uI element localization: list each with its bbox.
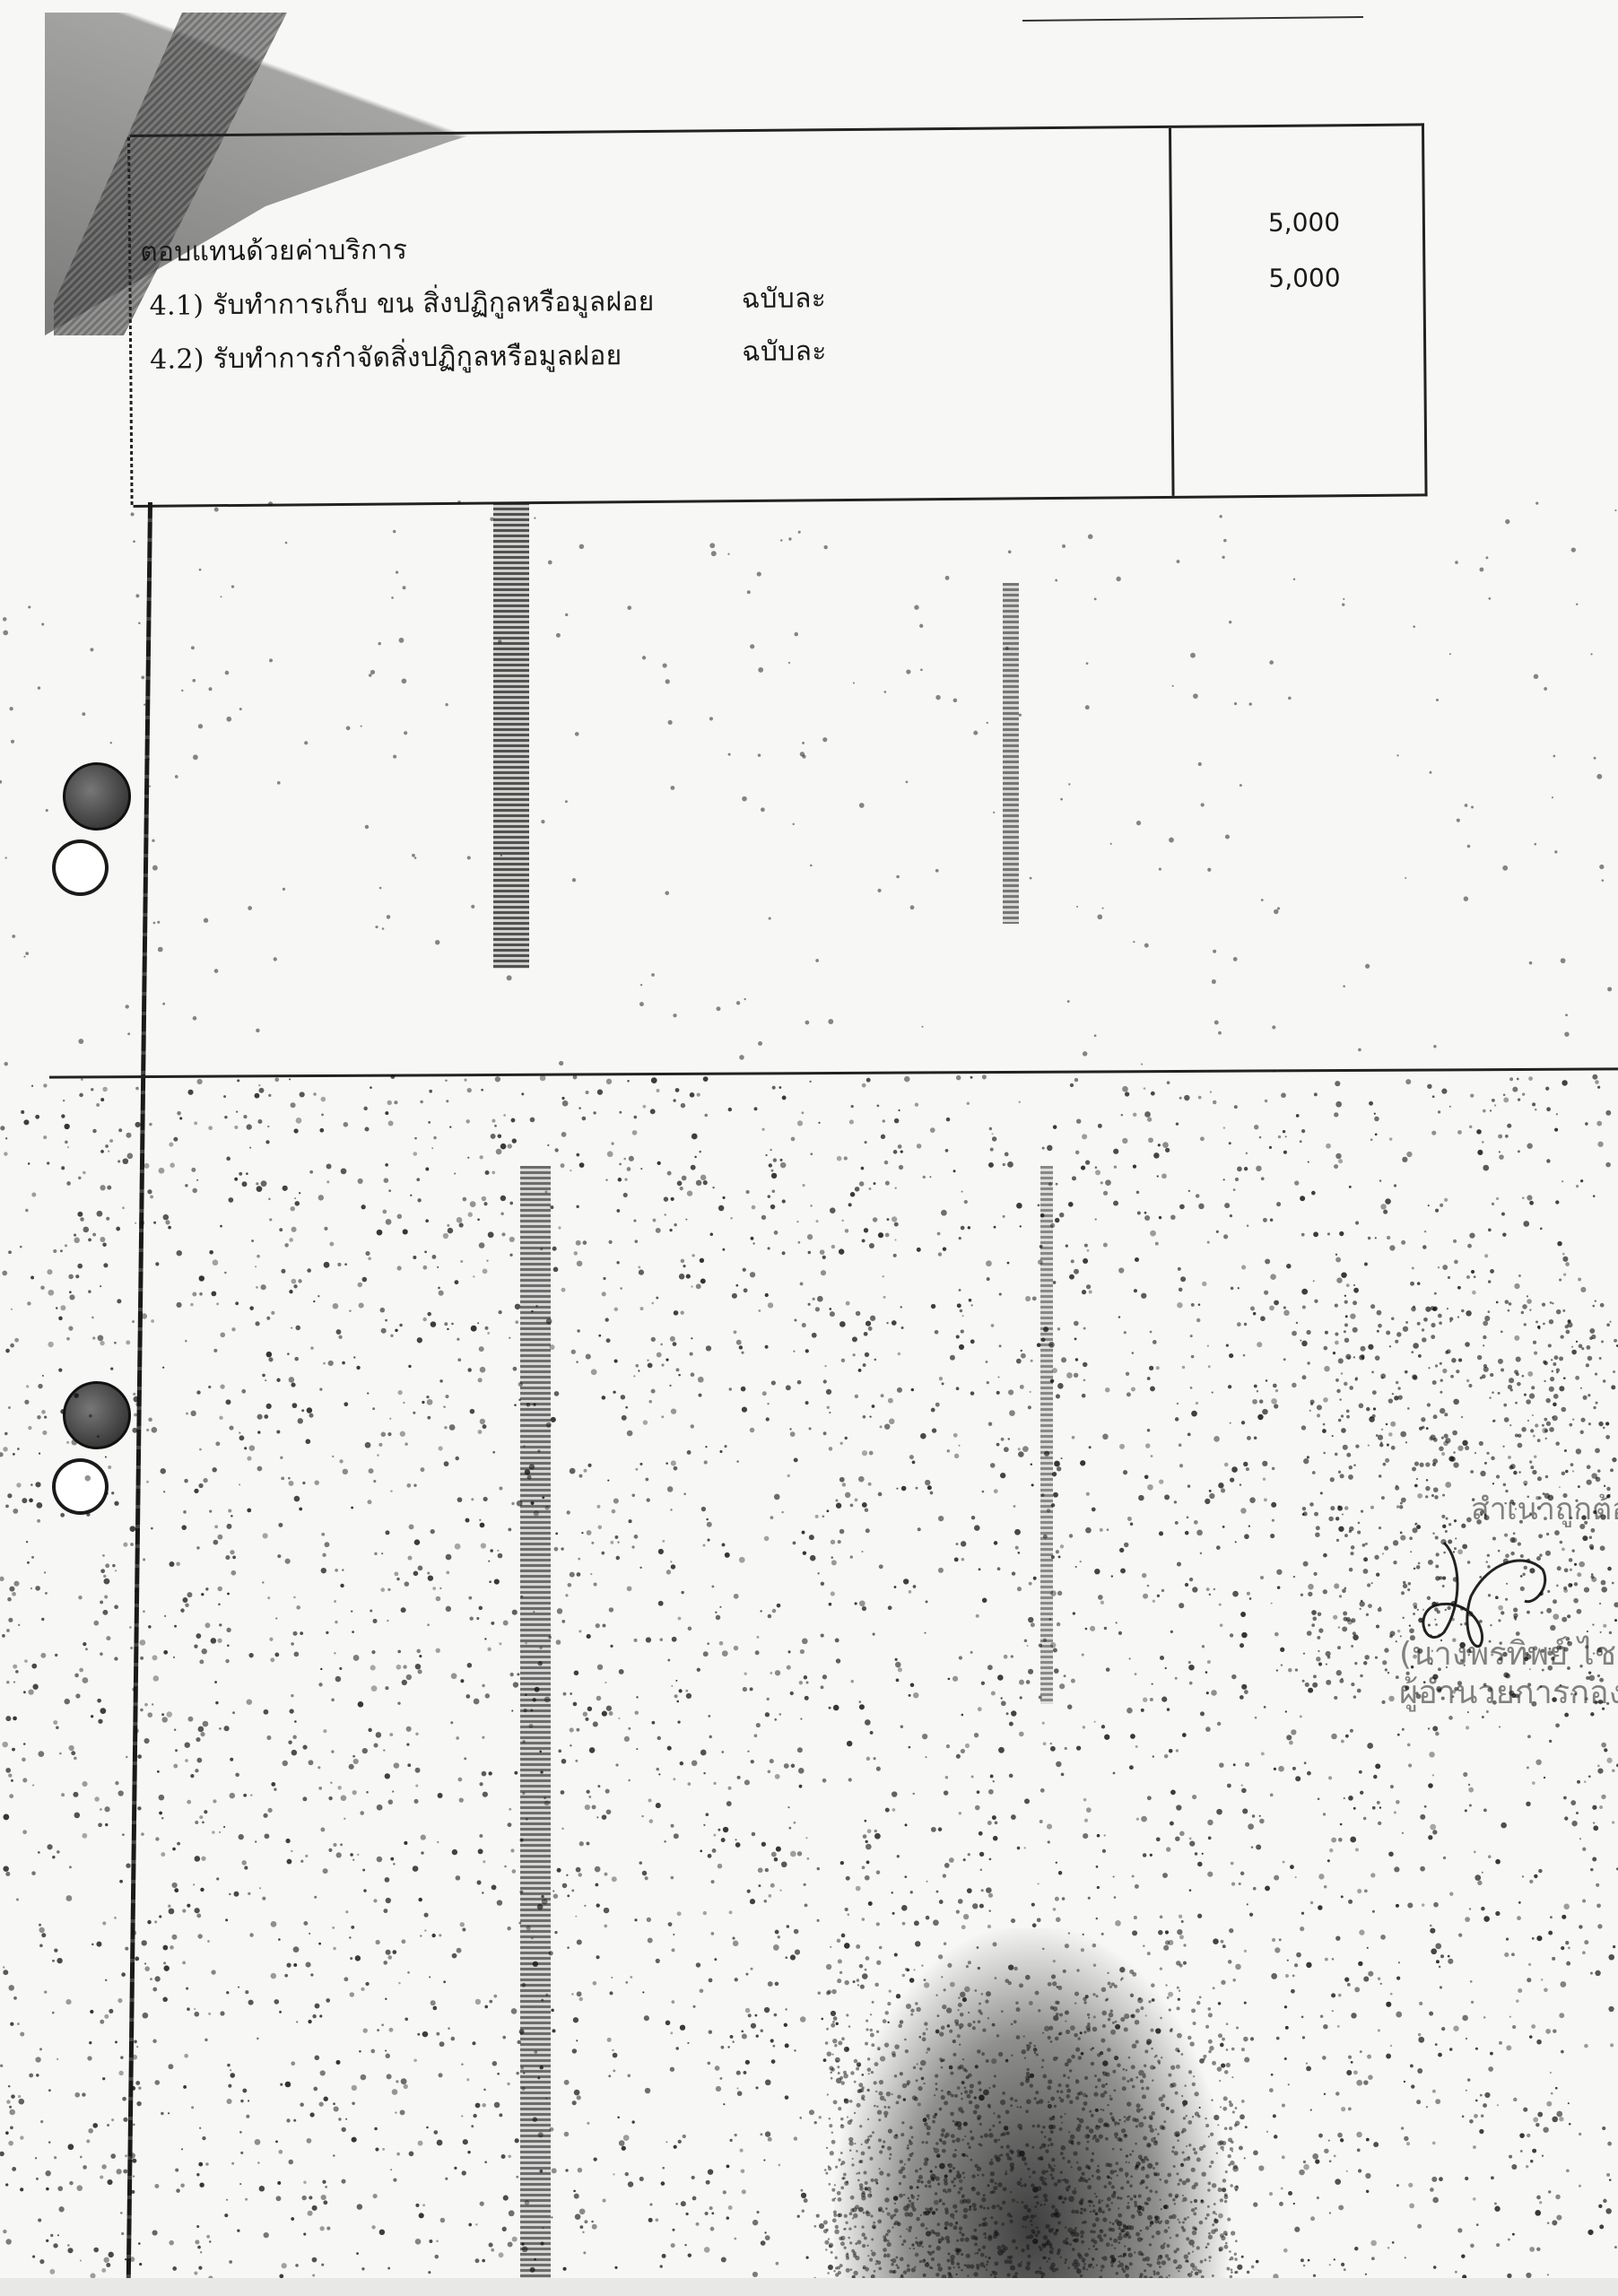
- item-amount: 5,000: [1268, 207, 1340, 238]
- item-amount: 5,000: [1268, 263, 1340, 293]
- item-unit: ฉบับละ: [742, 330, 827, 373]
- page-bottom-edge: [0, 2278, 1618, 2296]
- left-margin-line: [126, 502, 152, 2287]
- fee-table: ตอบแทนด้วยค่าบริการ 4.1) รับทำการเก็บ ขน…: [130, 123, 1428, 508]
- stamp-signer-title: ผู้อำนวยการกองก: [1399, 1666, 1618, 1718]
- item-label: 4.1) รับทำการเก็บ ขน สิ่งปฏิกูลหรือมูลฝอ…: [149, 281, 654, 327]
- toner-smudge: [834, 1928, 1229, 2278]
- binder-hole-bottom: [45, 1372, 126, 1552]
- binder-hole-top: [45, 753, 126, 933]
- item-unit: ฉบับละ: [741, 277, 826, 320]
- scanned-document-page: ตอบแทนด้วยค่าบริการ 4.1) รับทำการเก็บ ขน…: [0, 0, 1618, 2296]
- table-left-border: [127, 137, 134, 505]
- item-label: 4.2) รับทำการกำจัดสิ่งปฏิกูลหรือมูลฝอย: [150, 335, 622, 381]
- toner-streak: [520, 1166, 551, 2278]
- fold-line: [49, 1067, 1618, 1078]
- binder-hole-shadow: [63, 1381, 131, 1449]
- toner-streak: [1040, 1166, 1053, 1704]
- toner-streak: [1003, 583, 1019, 924]
- table-column-divider: [1169, 128, 1175, 496]
- section-heading: ตอบแทนด้วยค่าบริการ: [140, 229, 407, 274]
- binder-hole: [56, 843, 105, 892]
- binder-hole-shadow: [63, 762, 131, 831]
- toner-streak: [493, 502, 529, 969]
- top-rule-line: [1022, 16, 1363, 22]
- binder-hole: [56, 1462, 105, 1511]
